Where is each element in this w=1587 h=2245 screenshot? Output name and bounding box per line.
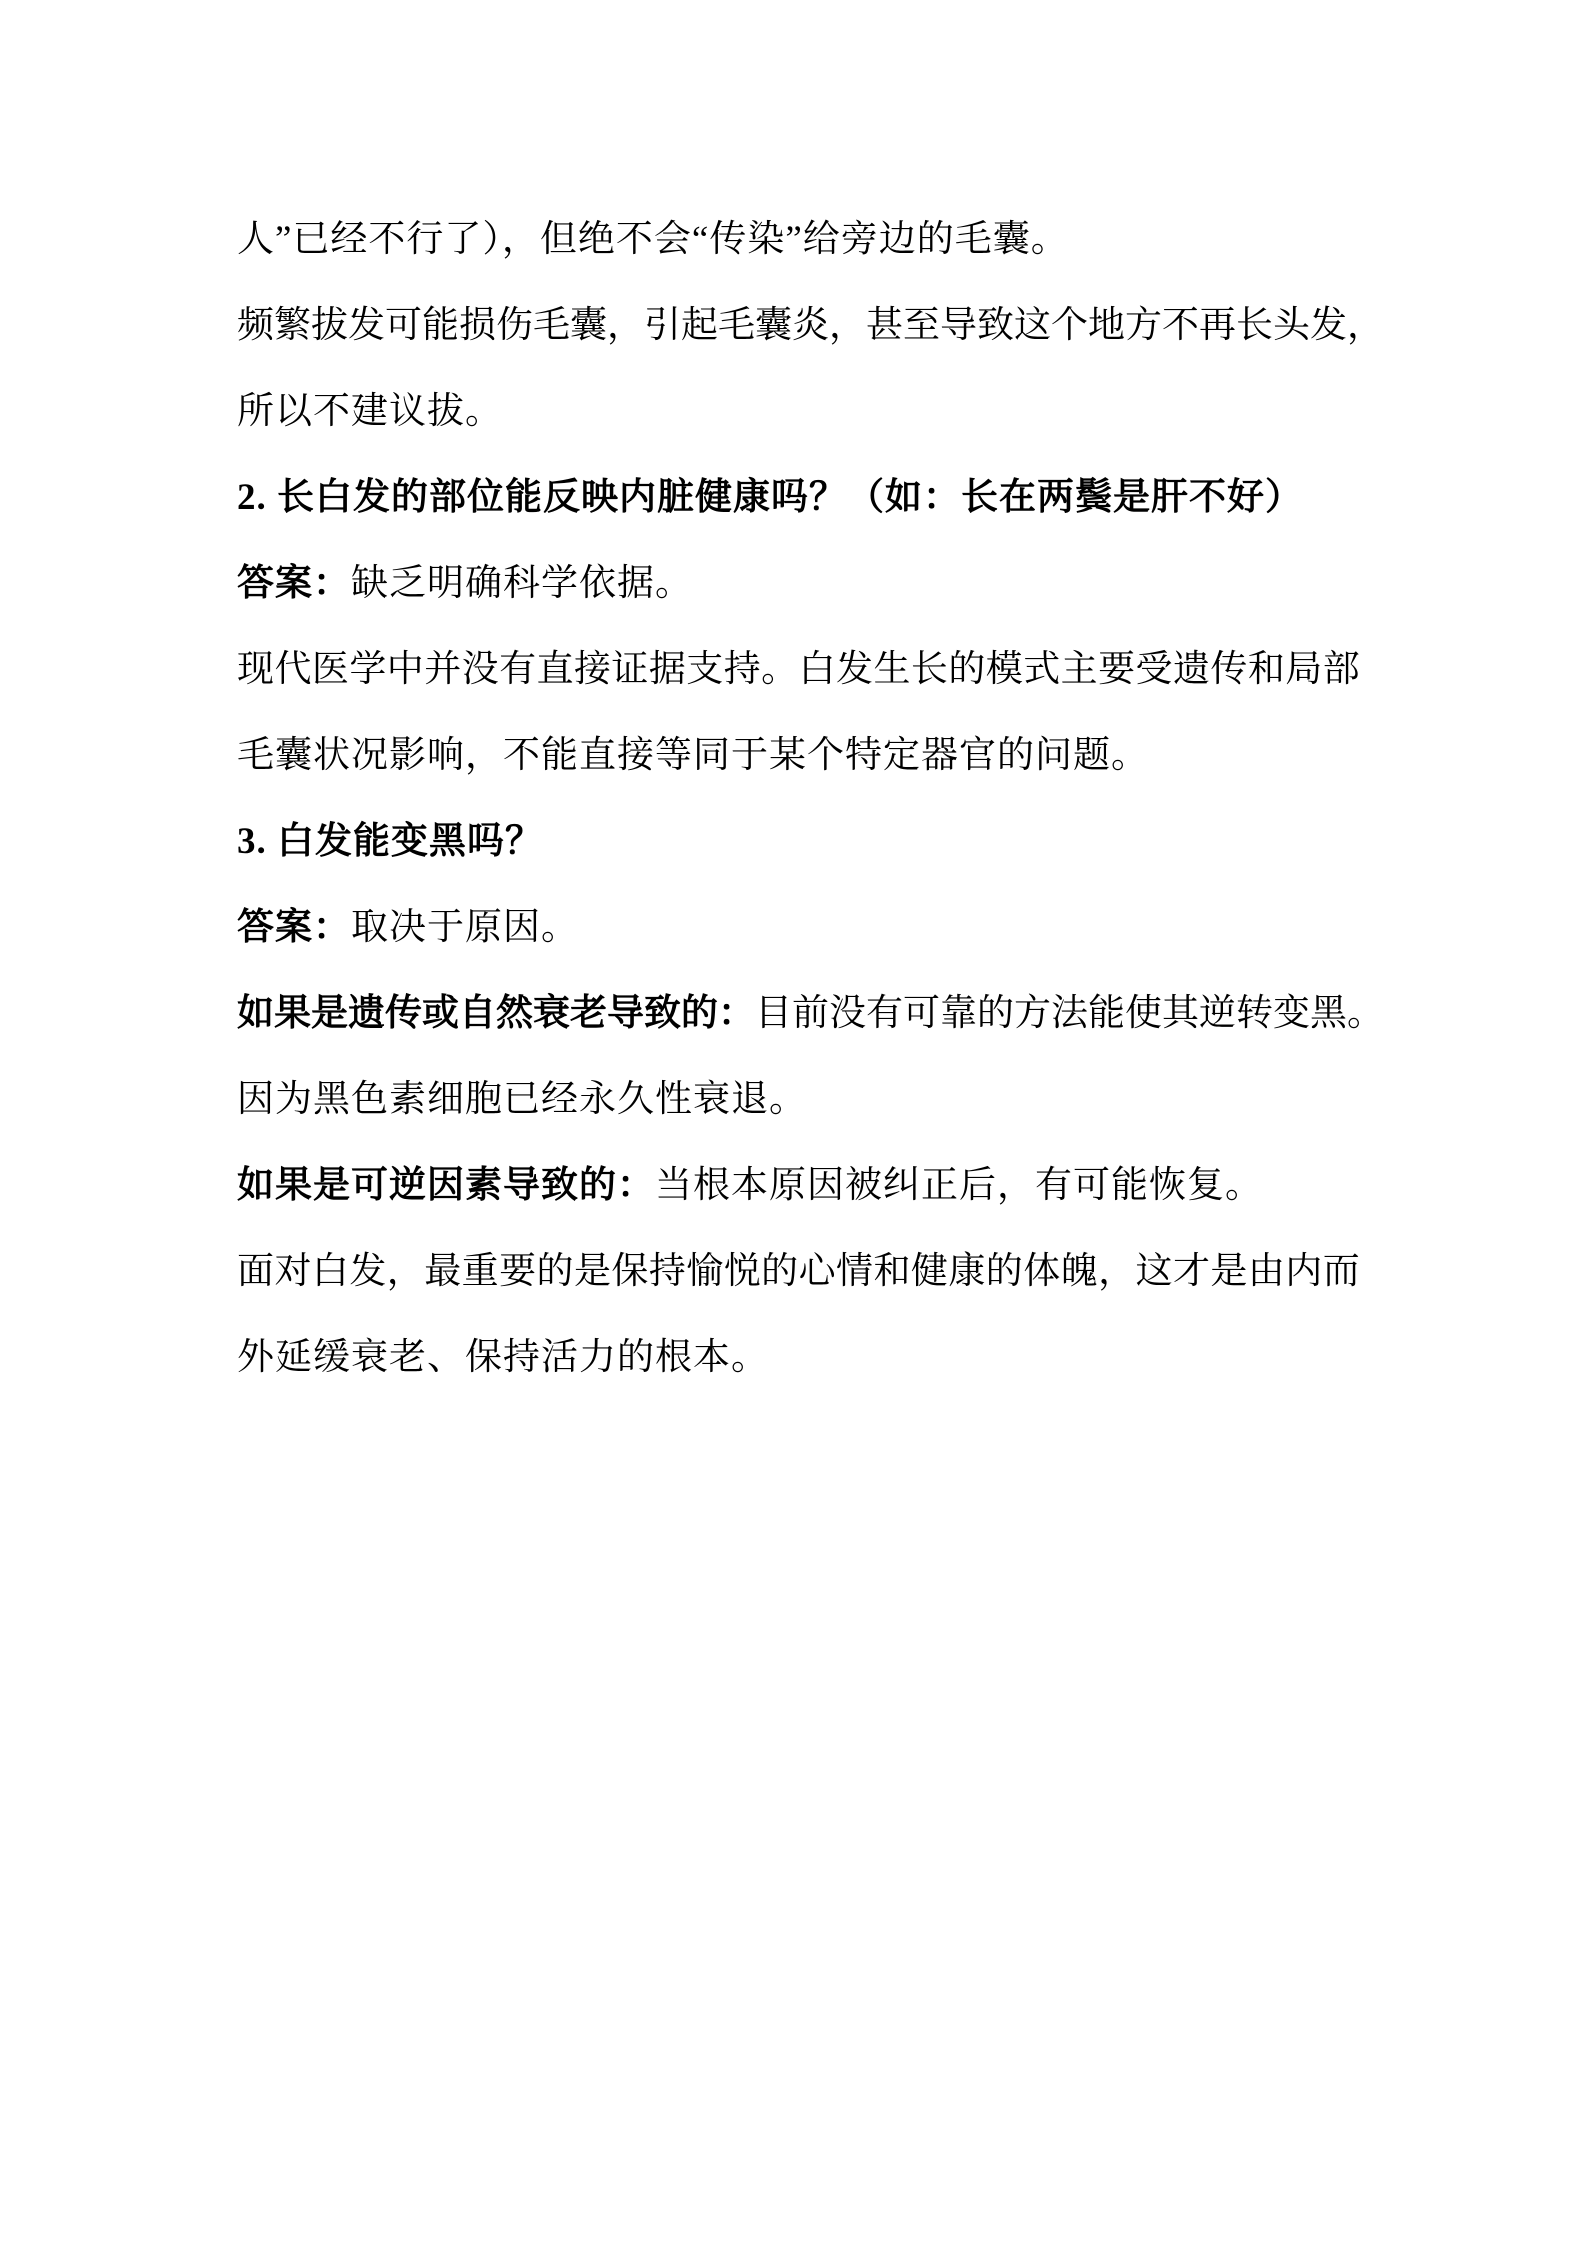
text-char: 导 (940, 283, 977, 369)
text-char: 有 (499, 627, 536, 713)
text-char: 中 (387, 627, 424, 713)
text-char: 方 (1125, 283, 1162, 369)
text-char: 有 (866, 971, 903, 1057)
text-char: 变 (1273, 971, 1310, 1057)
text-segment: 当根本原因被纠正后，有可能恢复。 (655, 1143, 1263, 1229)
text-char: 生 (873, 627, 910, 713)
text-char: 目 (755, 971, 792, 1057)
text-char: 才 (1173, 1229, 1210, 1315)
text-segment: 因为黑色素细胞已经永久性衰退。 (237, 1057, 807, 1143)
text-char: 黑 (1310, 971, 1347, 1057)
text-char: 愉 (686, 1229, 723, 1315)
text-char: 地 (1088, 283, 1125, 369)
text-char: 这 (1014, 283, 1051, 369)
text-char: 发 (348, 283, 385, 369)
text-char: 支 (686, 627, 723, 713)
text-char: 现 (237, 627, 274, 713)
text-char: 重 (462, 1229, 499, 1315)
text-char: 的 (537, 1229, 574, 1315)
text-char: 最 (424, 1229, 461, 1315)
text-char: 证 (611, 627, 648, 713)
text-char: 面 (237, 1229, 274, 1315)
text-char: ， (387, 1229, 424, 1315)
text-char: 发 (349, 1229, 386, 1315)
text-char: 医 (312, 627, 349, 713)
text-char: 要 (499, 1229, 536, 1315)
text-char: 直 (537, 627, 574, 713)
text-char: 的 (977, 971, 1014, 1057)
text-char: 这 (1136, 1229, 1173, 1315)
text-char: 长 (911, 627, 948, 713)
text-line: 所以不建议拔。 (237, 369, 1360, 455)
text-char: 长 (1236, 283, 1273, 369)
text-char: 使 (1125, 971, 1162, 1057)
text-char: 头 (1273, 283, 1310, 369)
text-char: 式 (1023, 627, 1060, 713)
text-line: 毛囊状况影响，不能直接等同于某个特定器官的问题。 (237, 713, 1360, 799)
text-char: 个 (1051, 283, 1088, 369)
text-char: 法 (1051, 971, 1088, 1057)
text-char: 然 (496, 971, 533, 1057)
text-char: 持 (649, 1229, 686, 1315)
text-char: 学 (349, 627, 386, 713)
text-char: 由 (1248, 1229, 1285, 1315)
text-segment: 人”已经不行了），但绝不会“传染”给旁边的毛囊。 (237, 197, 1069, 283)
text-segment: 缺乏明确科学依据。 (351, 541, 693, 627)
text-char: 是 (574, 1229, 611, 1315)
text-char: 魄 (1061, 1229, 1098, 1315)
text-line: 2. 长白发的部位能反映内脏健康吗？（如：长在两鬓是肝不好） (237, 455, 1360, 541)
text-char: 。 (1347, 971, 1384, 1057)
text-char: 甚 (866, 283, 903, 369)
text-char: 和 (873, 1229, 910, 1315)
text-char: 发 (1310, 283, 1347, 369)
text-char: 能 (422, 283, 459, 369)
text-char: 致 (644, 971, 681, 1057)
text-char: 方 (1014, 971, 1051, 1057)
text-char: 繁 (274, 283, 311, 369)
text-char: 白 (312, 1229, 349, 1315)
text-char: ， (1098, 1229, 1135, 1315)
text-char: 白 (799, 627, 836, 713)
text-line: 现代医学中并没有直接证据支持。白发生长的模式主要受遗传和局部 (237, 627, 1360, 713)
text-char: 是 (311, 971, 348, 1057)
text-char: 模 (986, 627, 1023, 713)
text-char: 损 (459, 283, 496, 369)
text-line: 外延缓衰老、保持活力的根本。 (237, 1315, 1360, 1401)
text-line: 频繁拔发可能损伤毛囊，引起毛囊炎，甚至导致这个地方不再长头发， (237, 283, 1360, 369)
text-segment: 外延缓衰老、保持活力的根本。 (237, 1315, 769, 1401)
text-segment: 毛囊状况影响，不能直接等同于某个特定器官的问题。 (237, 713, 1149, 799)
text-char: 悦 (724, 1229, 761, 1315)
text-char: 传 (1210, 627, 1247, 713)
text-char: 引 (644, 283, 681, 369)
text-char: 的 (986, 1229, 1023, 1315)
text-char: 囊 (570, 283, 607, 369)
text-char: 体 (1023, 1229, 1060, 1315)
text-char: 靠 (940, 971, 977, 1057)
text-char: 而 (1323, 1229, 1360, 1315)
text-segment: 如果是可逆因素导致的： (237, 1143, 655, 1229)
text-char: ， (1347, 283, 1384, 369)
text-segment: 答案： (237, 541, 351, 627)
text-char: 遗 (348, 971, 385, 1057)
text-char: 可 (903, 971, 940, 1057)
text-char: 康 (948, 1229, 985, 1315)
text-char: 频 (237, 283, 274, 369)
text-char: 毛 (718, 283, 755, 369)
text-char: 自 (459, 971, 496, 1057)
text-line: 如果是遗传或自然衰老导致的：目前没有可靠的方法能使其逆转变黑。 (237, 971, 1360, 1057)
text-char: 炎 (792, 283, 829, 369)
text-segment: 2. 长白发的部位能反映内脏健康吗？（如：长在两鬓是肝不好） (237, 455, 1303, 541)
text-char: 情 (836, 1229, 873, 1315)
text-char: 其 (1162, 971, 1199, 1057)
text-char: 没 (829, 971, 866, 1057)
text-char: 的 (761, 1229, 798, 1315)
text-char: 持 (724, 627, 761, 713)
text-line: 如果是可逆因素导致的：当根本原因被纠正后，有可能恢复。 (237, 1143, 1360, 1229)
text-char: 遗 (1173, 627, 1210, 713)
text-char: 如 (237, 971, 274, 1057)
text-char: 受 (1136, 627, 1173, 713)
text-char: 老 (570, 971, 607, 1057)
text-char: 并 (424, 627, 461, 713)
text-char: 不 (1162, 283, 1199, 369)
text-line: 答案：缺乏明确科学依据。 (237, 541, 1360, 627)
text-char: 是 (1210, 1229, 1247, 1315)
text-char: ， (829, 283, 866, 369)
text-char: 拔 (311, 283, 348, 369)
text-segment: 所以不建议拔。 (237, 369, 503, 455)
text-char: 至 (903, 283, 940, 369)
text-char: 接 (574, 627, 611, 713)
text-char: ， (607, 283, 644, 369)
text-char: 据 (649, 627, 686, 713)
document-page: 人”已经不行了），但绝不会“传染”给旁边的毛囊。频繁拔发可能损伤毛囊，引起毛囊炎… (0, 0, 1587, 2245)
text-char: 健 (911, 1229, 948, 1315)
text-char: 转 (1236, 971, 1273, 1057)
text-char: 传 (385, 971, 422, 1057)
text-char: 要 (1098, 627, 1135, 713)
document-body: 人”已经不行了），但绝不会“传染”给旁边的毛囊。频繁拔发可能损伤毛囊，引起毛囊炎… (237, 197, 1360, 1401)
text-char: 毛 (533, 283, 570, 369)
text-char: 导 (607, 971, 644, 1057)
text-char: 伤 (496, 283, 533, 369)
text-line: 因为黑色素细胞已经永久性衰退。 (237, 1057, 1360, 1143)
text-char: 逆 (1199, 971, 1236, 1057)
text-char: 果 (274, 971, 311, 1057)
text-segment: 取决于原因。 (351, 885, 579, 971)
text-line: 面对白发，最重要的是保持愉悦的心情和健康的体魄，这才是由内而 (237, 1229, 1360, 1315)
text-line: 人”已经不行了），但绝不会“传染”给旁边的毛囊。 (237, 197, 1360, 283)
text-segment: 答案： (237, 885, 351, 971)
text-char: 。 (761, 627, 798, 713)
text-line: 3. 白发能变黑吗？ (237, 799, 1360, 885)
text-char: 致 (977, 283, 1014, 369)
text-char: 的 (948, 627, 985, 713)
text-char: 部 (1323, 627, 1360, 713)
text-line: 答案：取决于原因。 (237, 885, 1360, 971)
text-char: 局 (1285, 627, 1322, 713)
text-char: 保 (611, 1229, 648, 1315)
text-char: 心 (799, 1229, 836, 1315)
text-char: 代 (274, 627, 311, 713)
text-char: ： (718, 971, 755, 1057)
text-char: 对 (274, 1229, 311, 1315)
text-char: 起 (681, 283, 718, 369)
text-char: 的 (681, 971, 718, 1057)
text-char: 和 (1248, 627, 1285, 713)
text-char: 衰 (533, 971, 570, 1057)
text-char: 主 (1061, 627, 1098, 713)
text-char: 发 (836, 627, 873, 713)
text-char: 再 (1199, 283, 1236, 369)
text-char: 囊 (755, 283, 792, 369)
text-char: 前 (792, 971, 829, 1057)
text-char: 可 (385, 283, 422, 369)
text-char: 能 (1088, 971, 1125, 1057)
text-segment: 3. 白发能变黑吗？ (237, 799, 543, 885)
text-char: 没 (462, 627, 499, 713)
text-char: 内 (1285, 1229, 1322, 1315)
text-char: 或 (422, 971, 459, 1057)
